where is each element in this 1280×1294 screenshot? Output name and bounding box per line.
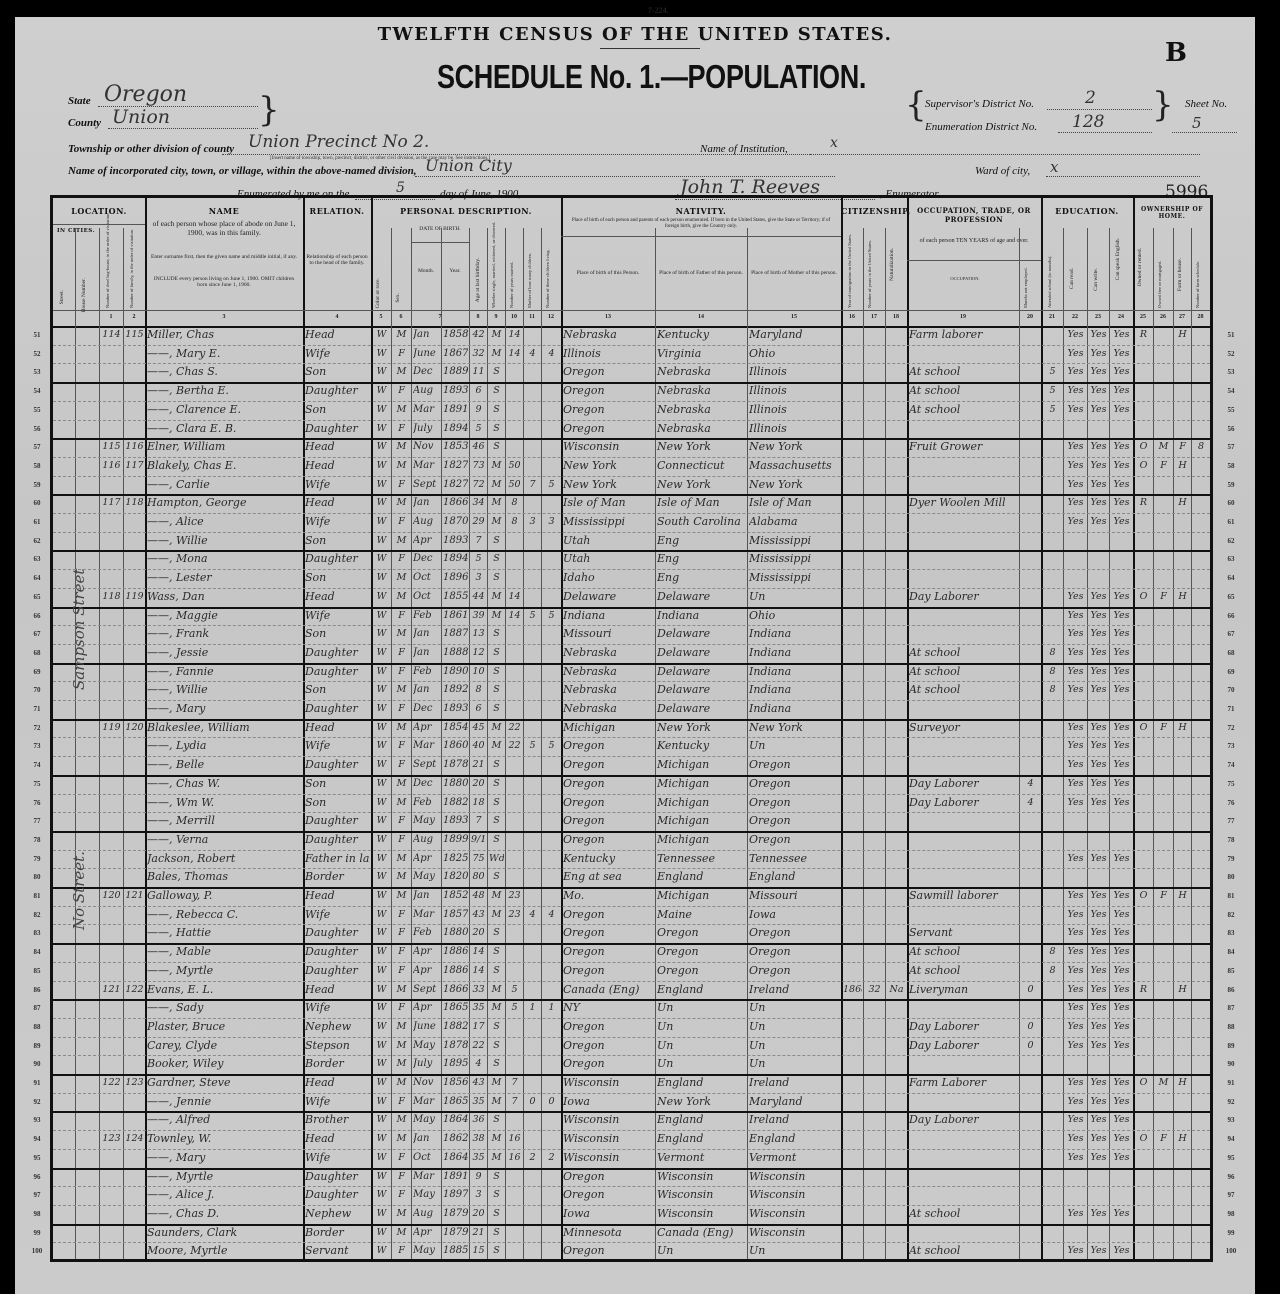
cell-sex: M <box>393 1224 410 1242</box>
line-number-right: 84 <box>1220 948 1242 956</box>
cell-read: Yes <box>1065 513 1086 531</box>
cell-birth: Oregon <box>563 1242 654 1260</box>
table-row: ——, MaryWifeWFOct186435M1622WisconsinVer… <box>53 1149 1210 1168</box>
cell-english: Yes <box>1111 794 1132 812</box>
cell-color: W <box>373 794 390 812</box>
cell-color: W <box>373 625 390 643</box>
header-in-cities: IN CITIES. <box>53 228 99 234</box>
cell-name: Blakely, Chas E. <box>147 457 302 475</box>
cell-month: May <box>413 1186 440 1204</box>
cell-father: England <box>657 1111 746 1129</box>
header-birth-father: Place of birth of Father of this person. <box>655 270 747 276</box>
cell-mother-of: 5 <box>525 607 540 625</box>
cell-sex: F <box>393 513 410 531</box>
cell-english: Yes <box>1111 476 1132 494</box>
cell-read: Yes <box>1065 1130 1086 1148</box>
cell-birth: Oregon <box>563 794 654 812</box>
line-number-right: 96 <box>1220 1173 1242 1181</box>
cell-birth: Mo. <box>563 887 654 905</box>
cell-month: Mar <box>413 457 440 475</box>
table-row: ——, Clara E. B.DaughterWFJuly18945SOrego… <box>53 420 1210 439</box>
table-row: 117118Hampton, GeorgeHeadWMJan186634M8Is… <box>53 494 1210 513</box>
cell-age: 8 <box>471 681 486 699</box>
header-age: Age at last birthday. <box>475 258 481 302</box>
cell-mother: Un <box>749 1018 840 1036</box>
line-number-left: 80 <box>26 873 48 881</box>
cell-marital: S <box>489 569 504 587</box>
cell-sex: M <box>393 401 410 419</box>
cell-color: W <box>373 962 390 980</box>
cell-marital: S <box>489 532 504 550</box>
cell-nat: Na <box>887 981 906 999</box>
cell-age: 17 <box>471 1018 486 1036</box>
line-number-right: 64 <box>1220 574 1242 582</box>
cell-write: Yes <box>1089 1149 1108 1167</box>
cell-mother: Un <box>749 588 840 606</box>
census-table: LOCATION. IN CITIES. NAME of each person… <box>50 195 1213 1262</box>
cell-age: 13 <box>471 625 486 643</box>
column-number: 4 <box>303 314 371 320</box>
cell-sex: F <box>393 1186 410 1204</box>
header-farm-schedule: Number of farm schedule. <box>1195 228 1200 308</box>
line-number-left: 85 <box>26 967 48 975</box>
cell-marital: S <box>489 831 504 849</box>
line-number-right: 97 <box>1220 1191 1242 1199</box>
cell-occupation: At school <box>909 382 1018 400</box>
table-row: Plaster, BruceNephewWMJune188217SOregonU… <box>53 1018 1210 1037</box>
cell-sex: F <box>393 663 410 681</box>
column-number: 5 <box>371 314 391 320</box>
cell-birth: Nebraska <box>563 681 654 699</box>
cell-read: Yes <box>1065 1111 1086 1129</box>
cell-farm: H <box>1175 494 1190 512</box>
cell-color: W <box>373 1224 390 1242</box>
cell-month: Jan <box>413 681 440 699</box>
line-number-right: 76 <box>1220 799 1242 807</box>
cell-occupation: Surveyor <box>909 719 1018 737</box>
cell-father: Nebraska <box>657 401 746 419</box>
cell-month: Aug <box>413 382 440 400</box>
cell-month: Dec <box>413 363 440 381</box>
column-number: 16 <box>841 314 863 320</box>
table-row: 114115Miller, ChasHeadWMJan185842M14Nebr… <box>53 326 1210 345</box>
line-number-left: 68 <box>26 649 48 657</box>
cell-color: W <box>373 887 390 905</box>
cell-birth: Minnesota <box>563 1224 654 1242</box>
header-name-instr2: INCLUDE every person living on June 1, 1… <box>151 276 297 289</box>
table-row: 115116Elner, WilliamHeadWMNov185346SWisc… <box>53 438 1210 457</box>
cell-color: W <box>373 1205 390 1223</box>
cell-sex: M <box>393 775 410 793</box>
line-number-right: 65 <box>1220 593 1242 601</box>
line-number-right: 80 <box>1220 873 1242 881</box>
cell-write: Yes <box>1089 401 1108 419</box>
cell-color: W <box>373 532 390 550</box>
cell-year: 1880 <box>443 775 468 793</box>
supervisor-line <box>1047 109 1152 110</box>
cell-sex: M <box>393 868 410 886</box>
cell-month: Feb <box>413 794 440 812</box>
cell-father: Wisconsin <box>657 1168 746 1186</box>
cell-mother: Oregon <box>749 924 840 942</box>
line-number-left: 51 <box>26 331 48 339</box>
cell-occupation: At school <box>909 943 1018 961</box>
cell-month: July <box>413 1055 440 1073</box>
cell-english: Yes <box>1111 681 1132 699</box>
line-number-right: 61 <box>1220 518 1242 526</box>
cell-month: Jan <box>413 1130 440 1148</box>
cell-years-married: 23 <box>507 906 522 924</box>
cell-name: ——, Clara E. B. <box>147 420 302 438</box>
cell-mother: Un <box>749 1055 840 1073</box>
cell-year: 1858 <box>443 326 468 344</box>
cell-relation: Son <box>305 625 370 643</box>
line-number-right: 69 <box>1220 668 1242 676</box>
cell-relation: Nephew <box>305 1205 370 1223</box>
cell-birth: Oregon <box>563 363 654 381</box>
cell-relation: Father in law <box>305 850 370 868</box>
cell-month: Aug <box>413 513 440 531</box>
header-personal: PERSONAL DESCRIPTION. <box>371 206 561 216</box>
line-number-left: 100 <box>26 1247 48 1255</box>
cell-sex: M <box>393 532 410 550</box>
line-number-left: 69 <box>26 668 48 676</box>
line-number-left: 84 <box>26 948 48 956</box>
cell-mother: Mississippi <box>749 569 840 587</box>
cell-sex: M <box>393 1055 410 1073</box>
cell-relation: Daughter <box>305 962 370 980</box>
cell-english: Yes <box>1111 1149 1132 1167</box>
table-row: ——, AlfredBrotherWMMay186436SWisconsinEn… <box>53 1111 1210 1130</box>
cell-free: M <box>1155 1074 1172 1092</box>
cell-father: Delaware <box>657 700 746 718</box>
cell-color: W <box>373 1074 390 1092</box>
cell-year: 1866 <box>443 981 468 999</box>
cell-birth: Nebraska <box>563 644 654 662</box>
cell-occupation: At school <box>909 363 1018 381</box>
cell-marital: S <box>489 924 504 942</box>
cell-write: Yes <box>1089 775 1108 793</box>
line-number-left: 78 <box>26 836 48 844</box>
column-number: 10 <box>505 314 523 320</box>
cell-unemp: 0 <box>1021 1037 1040 1055</box>
cell-name: ——, Sady <box>147 999 302 1017</box>
sheet-line <box>1172 132 1237 133</box>
table-row: 122123Gardner, SteveHeadWMNov185643M7Wis… <box>53 1074 1210 1093</box>
line-number-right: 98 <box>1220 1210 1242 1218</box>
cell-years-married: 16 <box>507 1130 522 1148</box>
cell-marital: M <box>489 737 504 755</box>
line-number-right: 74 <box>1220 761 1242 769</box>
table-row: 119120Blakeslee, WilliamHeadWMApr185445M… <box>53 719 1210 738</box>
table-row: 123124Townley, W.HeadWMJan186238M16Wisco… <box>53 1130 1210 1149</box>
header-month: Month. <box>411 268 441 274</box>
cell-school: 5 <box>1043 382 1062 400</box>
cell-read: Yes <box>1065 906 1086 924</box>
cell-marital: S <box>489 1186 504 1204</box>
table-row: ——, LydiaWifeWFMar186040M2255OregonKentu… <box>53 737 1210 756</box>
cell-sex: F <box>393 943 410 961</box>
cell-family: 116 <box>125 438 144 456</box>
cell-read: Yes <box>1065 719 1086 737</box>
cell-name: ——, Alice <box>147 513 302 531</box>
header-occupation-col: OCCUPATION. <box>911 276 1019 281</box>
line-number-left: 57 <box>26 443 48 451</box>
header-divider <box>561 236 841 237</box>
line-number-left: 81 <box>26 892 48 900</box>
cell-year: 1890 <box>443 663 468 681</box>
cell-color: W <box>373 1111 390 1129</box>
cell-father: New York <box>657 438 746 456</box>
cell-read: Yes <box>1065 625 1086 643</box>
cell-age: 34 <box>471 494 486 512</box>
line-number-left: 65 <box>26 593 48 601</box>
cell-dwelling: 122 <box>101 1074 122 1092</box>
cell-name: ——, Mable <box>147 943 302 961</box>
line-number-left: 53 <box>26 368 48 376</box>
column-number: 17 <box>863 314 885 320</box>
cell-english: Yes <box>1111 850 1132 868</box>
cell-mother: Mississippi <box>749 550 840 568</box>
cell-english: Yes <box>1111 607 1132 625</box>
table-row: 118119Wass, DanHeadWMOct185544M14Delawar… <box>53 588 1210 607</box>
line-number-left: 70 <box>26 686 48 694</box>
cell-read: Yes <box>1065 756 1086 774</box>
cell-marital: M <box>489 887 504 905</box>
cell-age: 5 <box>471 420 486 438</box>
cell-birth: Wisconsin <box>563 1074 654 1092</box>
line-number-right: 93 <box>1220 1116 1242 1124</box>
cell-years-married: 50 <box>507 476 522 494</box>
cell-mother: Tennessee <box>749 850 840 868</box>
cell-read: Yes <box>1065 607 1086 625</box>
cell-english: Yes <box>1111 625 1132 643</box>
line-number-left: 59 <box>26 481 48 489</box>
cell-name: Moore, Myrtle <box>147 1242 302 1260</box>
cell-year: 1853 <box>443 438 468 456</box>
cell-name: ——, Carlie <box>147 476 302 494</box>
cell-age: 18 <box>471 794 486 812</box>
cell-english: Yes <box>1111 457 1132 475</box>
cell-father: Indiana <box>657 607 746 625</box>
cell-relation: Son <box>305 363 370 381</box>
cell-birth: Oregon <box>563 756 654 774</box>
line-number-left: 74 <box>26 761 48 769</box>
cell-dwelling: 121 <box>101 981 122 999</box>
line-number-right: 85 <box>1220 967 1242 975</box>
cell-age: 35 <box>471 999 486 1017</box>
cell-birth: Wisconsin <box>563 1130 654 1148</box>
cell-farm: H <box>1175 887 1190 905</box>
state-value: Oregon <box>104 82 187 107</box>
cell-father: Delaware <box>657 663 746 681</box>
cell-father: Eng <box>657 569 746 587</box>
cell-color: W <box>373 569 390 587</box>
cell-color: W <box>373 494 390 512</box>
table-row: ——, JessieDaughterWFJan188812SNebraskaDe… <box>53 644 1210 663</box>
cell-occupation: Day Laborer <box>909 1111 1018 1129</box>
cell-year: 1879 <box>443 1224 468 1242</box>
cell-sex: M <box>393 794 410 812</box>
cell-name: Blakeslee, William <box>147 719 302 737</box>
cell-family: 122 <box>125 981 144 999</box>
cell-father: Vermont <box>657 1149 746 1167</box>
cell-english: Yes <box>1111 756 1132 774</box>
cell-mother: Indiana <box>749 644 840 662</box>
column-number: 18 <box>885 314 907 320</box>
cell-year: 1891 <box>443 1168 468 1186</box>
table-row: ——, Wm W.SonWMFeb188218SOregonMichiganOr… <box>53 794 1210 813</box>
cell-month: May <box>413 1242 440 1260</box>
cell-color: W <box>373 1149 390 1167</box>
cell-name: ——, Myrtle <box>147 1168 302 1186</box>
cell-name: ——, Merrill <box>147 812 302 830</box>
cell-years-married: 8 <box>507 494 522 512</box>
cell-birth: Oregon <box>563 401 654 419</box>
cell-free: F <box>1155 1130 1172 1148</box>
cell-month: Oct <box>413 569 440 587</box>
cell-sex: M <box>393 326 410 344</box>
cell-living: 1 <box>543 999 560 1017</box>
cell-read: Yes <box>1065 438 1086 456</box>
form-number: 7-224. <box>648 6 669 15</box>
cell-relation: Wife <box>305 1149 370 1167</box>
cell-name: Wass, Dan <box>147 588 302 606</box>
cell-english: Yes <box>1111 1093 1132 1111</box>
table-row: ——, VernaDaughterWFAug18999/12SOregonMic… <box>53 831 1210 850</box>
cell-year: 1852 <box>443 887 468 905</box>
cell-age: 43 <box>471 1074 486 1092</box>
cell-family: 118 <box>125 494 144 512</box>
header-name-desc: of each person whose place of abode on J… <box>151 220 297 237</box>
cell-color: W <box>373 644 390 662</box>
table-row: 121122Evans, E. L.HeadWMSept186633M5Cana… <box>53 981 1210 1000</box>
cell-marital: S <box>489 1224 504 1242</box>
cell-occupation: At school <box>909 1242 1018 1260</box>
cell-year: 1886 <box>443 943 468 961</box>
cell-sched: 8 <box>1193 438 1209 456</box>
cell-farm: F <box>1175 438 1190 456</box>
cell-relation: Head <box>305 1074 370 1092</box>
cell-marital: S <box>489 962 504 980</box>
cell-read: Yes <box>1065 850 1086 868</box>
column-number: 1 <box>99 314 123 320</box>
cell-marital: M <box>489 1093 504 1111</box>
cell-english: Yes <box>1111 644 1132 662</box>
line-number-left: 55 <box>26 406 48 414</box>
cell-father: South Carolina <box>657 513 746 531</box>
line-number-left: 72 <box>26 724 48 732</box>
cell-year: 1860 <box>443 737 468 755</box>
cell-father: Nebraska <box>657 420 746 438</box>
cell-color: W <box>373 850 390 868</box>
cell-color: W <box>373 1186 390 1204</box>
cell-year: 1887 <box>443 625 468 643</box>
cell-occupation: Fruit Grower <box>909 438 1018 456</box>
cell-color: W <box>373 663 390 681</box>
table-row: ——, Chas W.SonWMDec188020SOregonMichigan… <box>53 775 1210 794</box>
cell-year: 1856 <box>443 1074 468 1092</box>
cell-sex: M <box>393 588 410 606</box>
cell-mother: Ireland <box>749 981 840 999</box>
cell-color: W <box>373 438 390 456</box>
cell-year: 1899 <box>443 831 468 849</box>
line-number-right: 68 <box>1220 649 1242 657</box>
cell-year: 1878 <box>443 1037 468 1055</box>
cell-mother: Ireland <box>749 1074 840 1092</box>
line-number-right: 89 <box>1220 1042 1242 1050</box>
cell-sex: F <box>393 550 410 568</box>
cell-age: 73 <box>471 457 486 475</box>
cell-father: Canada (Eng) <box>657 1224 746 1242</box>
cell-mother: Alabama <box>749 513 840 531</box>
cell-marital: S <box>489 401 504 419</box>
line-number-left: 56 <box>26 425 48 433</box>
cell-write: Yes <box>1089 494 1108 512</box>
header-immigration-year: Year of immigration to the United States… <box>847 228 852 308</box>
cell-month: Mar <box>413 1093 440 1111</box>
cell-family: 121 <box>125 887 144 905</box>
line-number-left: 90 <box>26 1060 48 1068</box>
cell-occupation: At school <box>909 1205 1018 1223</box>
cell-father: Delaware <box>657 588 746 606</box>
cell-birth: Oregon <box>563 831 654 849</box>
line-number-left: 92 <box>26 1098 48 1106</box>
column-number: 8 <box>469 314 487 320</box>
cell-relation: Daughter <box>305 663 370 681</box>
cell-father: Oregon <box>657 962 746 980</box>
cell-age: 20 <box>471 775 486 793</box>
table-row: ——, SadyWifeWFApr186535M511NYUnUnYesYesY… <box>53 999 1210 1018</box>
cell-name: ——, Lester <box>147 569 302 587</box>
header-birth-mother: Place of birth of Mother of this person. <box>747 270 841 276</box>
cell-relation: Daughter <box>305 812 370 830</box>
cell-write: Yes <box>1089 1111 1108 1129</box>
cell-relation: Wife <box>305 1093 370 1111</box>
cell-father: Eng <box>657 550 746 568</box>
cell-sex: M <box>393 494 410 512</box>
cell-month: Feb <box>413 924 440 942</box>
cell-month: Jan <box>413 494 440 512</box>
table-row: ——, MyrtleDaughterWFApr188614SOregonOreg… <box>53 962 1210 981</box>
cell-english: Yes <box>1111 1111 1132 1129</box>
column-number: 20 <box>1019 314 1041 320</box>
cell-year: 1867 <box>443 345 468 363</box>
cell-age: 38 <box>471 1130 486 1148</box>
cell-year: 1896 <box>443 569 468 587</box>
cell-year: 1865 <box>443 1093 468 1111</box>
cell-name: ——, Alice J. <box>147 1186 302 1204</box>
line-number-left: 58 <box>26 462 48 470</box>
cell-birth: New York <box>563 476 654 494</box>
line-number-left: 63 <box>26 555 48 563</box>
column-number: 12 <box>541 314 561 320</box>
line-number-right: 56 <box>1220 425 1242 433</box>
cell-years-married: 50 <box>507 457 522 475</box>
cell-own: R <box>1135 494 1152 512</box>
line-number-right: 90 <box>1220 1060 1242 1068</box>
cell-year: 1882 <box>443 794 468 812</box>
cell-name: ——, Fannie <box>147 663 302 681</box>
cell-write: Yes <box>1089 924 1108 942</box>
line-number-right: 86 <box>1220 986 1242 994</box>
cell-english: Yes <box>1111 513 1132 531</box>
cell-age: 33 <box>471 981 486 999</box>
cell-relation: Daughter <box>305 550 370 568</box>
table-row: ——, HattieDaughterWFFeb188020SOregonOreg… <box>53 924 1210 943</box>
column-number: 11 <box>523 314 541 320</box>
cell-english: Yes <box>1111 401 1132 419</box>
